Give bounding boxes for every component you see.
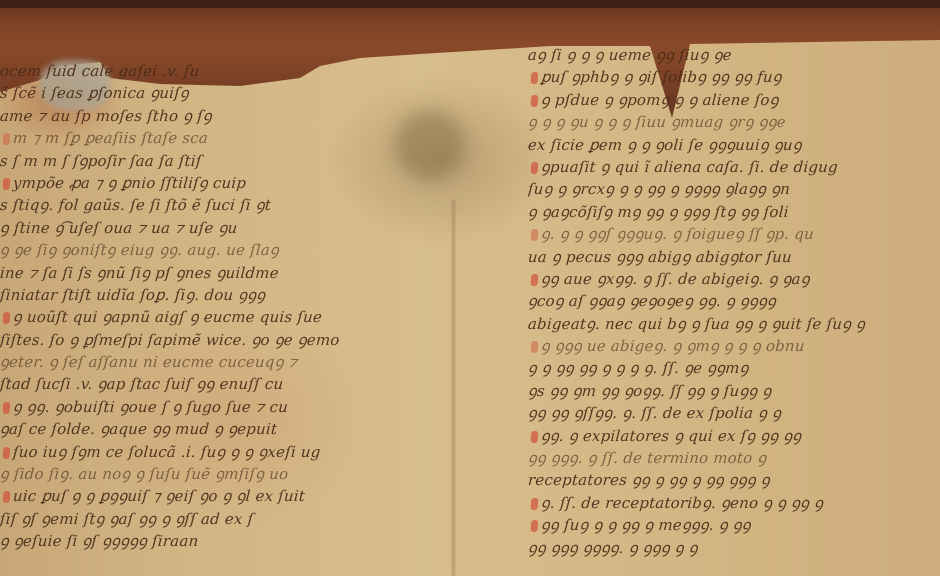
manuscript-line: ſiniatar ſtiſt uidĩa ſoꝑ. ſiꝯ. dou ꝯꝯꝯ [0, 284, 410, 306]
rubric-mark [3, 133, 11, 145]
manuscript-line: s ſtiqꝯ. fol gaũs. ſe ſi ſtõ ẽ ſuci ſi ꝯ… [0, 194, 410, 216]
line-text: ꝯꝯ. ꝯ expilatores ꝯ qui ex ſꝯ ꝯꝯ ꝯꝯ [540, 427, 802, 445]
line-text: ꝯcoꝯ aſ ꝯꝯaꝯ ꝯeꝯoꝯeꝯ ꝯꝯ. ꝯ ꝯꝯꝯꝯ [528, 292, 777, 310]
manuscript-line: ꝯ ꝯe ſiꝯ ꝯoniſtꝯ eiug ꝯꝯ. aug. ue ſlaꝯ [0, 239, 410, 261]
manuscript-line: s ſ m m ſ ſꝯpoſir ſaa ſa ſtiſ [0, 150, 410, 172]
rubric-mark [531, 274, 539, 286]
line-text: ꝯ ꝯeſuie ſi ꝯſ ꝯꝯꝯꝯꝯ ſiraan [0, 532, 199, 550]
rubric-mark [531, 162, 539, 174]
manuscript-line: ſiſtes. ſo ꝯ ꝑſmeſpi ſapimẽ wice. ꝯo ꝯe … [0, 329, 410, 351]
manuscript-line: ſuo iuꝯ ſꝯm ce ſolucã .i. ſuꝯ ꝯ ꝯ ꝯxeſi … [0, 441, 410, 463]
manuscript-line: ꝯpuaſit ꝯ qui ĩ aliena caſa. ſi. de digu… [528, 156, 940, 178]
line-text: ꝯꝯ ſuꝯ ꝯ ꝯ ꝯꝯ ꝯ meꝯꝯꝯ. ꝯ ꝯꝯ [540, 516, 751, 534]
line-text: ꝯ ſtine ꝯ͡ uſeſ oua ⁊ ua ⁊ uſe ꝯu [0, 219, 238, 237]
manuscript-line: ſuꝯ ꝯ ꝯrcxꝯ ꝯ ꝯ ꝯꝯ ꝯ ꝯꝯꝯꝯ ꝯlaꝯꝯ ꝯn [528, 178, 940, 200]
manuscript-line: ꝯ ꝯꝯ. ꝯobuiſti ꝯoue ſ ꝯ ſugo ſue ⁊ cu [0, 396, 410, 418]
manuscript-line: ympõe ꝓa ⁊ ꝯ ꝑnio ſſtiliſꝯ cuip [0, 172, 410, 194]
line-text: ine ⁊ ſa ſi ſs ꝯnũ ſiꝯ pſ ꝯnes ꝯuildme [0, 264, 279, 282]
line-text: s̃ ſcẽ i ſeas ꝑſonica ꝯuiſꝯ [0, 84, 190, 102]
manuscript-line: s̃ ſcẽ i ſeas ꝑſonica ꝯuiſꝯ [0, 82, 410, 104]
rubric-mark [3, 402, 11, 414]
manuscript-line: ꝯꝯ aue ꝯxꝯꝯ. ꝯ ſſ. de abigeiꝯ. ꝯ ꝯaꝯ [528, 268, 940, 290]
line-text: ꝯꝯ ꝯꝯꝯ. ꝯ ſſ. de termino moto ꝯ [528, 449, 767, 467]
line-text: ꝯꝯ ꝯꝯ ꝯſſꝯꝯ. ꝯ. ſſ. de ex ſpolia ꝯ ꝯ [528, 404, 782, 422]
line-text: ꝯ. ꝯ ꝯ ꝯꝯſ ꝯꝯꝯuꝯ. ꝯ ſoigueꝯ ſſ ꝯp. qu [540, 225, 814, 243]
manuscript-line: ꝯ ſtine ꝯ͡ uſeſ oua ⁊ ua ⁊ uſe ꝯu [0, 217, 410, 239]
manuscript-line: m ⁊ m ſꝑ ꝑeaſiis ſtaſe sca [0, 127, 410, 149]
rubric-mark [531, 498, 539, 510]
line-text: ꝯ uoũſt qui ꝯapnũ aigſ ꝯ eucme quis ſue [12, 308, 322, 326]
line-text: ꝯ pſdue ꝯ ꝯpomꝯ ꝯ ꝯ aliene ſoꝯ [540, 91, 779, 109]
manuscript-line: ꝯcoꝯ aſ ꝯꝯaꝯ ꝯeꝯoꝯeꝯ ꝯꝯ. ꝯ ꝯꝯꝯꝯ [528, 290, 940, 312]
line-text: s ſ m m ſ ſꝯpoſir ſaa ſa ſtiſ [0, 152, 202, 170]
manuscript-line: ex ſicie ꝑem ꝯ ꝯ ꝯoli ſe ꝯꝯꝯuuiꝯ ꝯuꝯ [528, 134, 940, 156]
line-text: ſiſ ꝯſ ꝯemi ſtꝯ ꝯaſ ꝯꝯ ꝯ ꝯſſ ad ex ſ [0, 510, 254, 528]
rubric-mark [531, 95, 539, 107]
line-text: ꝯ ꝯaꝯcõſiſꝯ mꝯ ꝯꝯ ꝯ ꝯꝯꝯ ſtꝯ ꝯꝯ ſoli [528, 203, 789, 221]
line-text: ſiniatar ſtiſt uidĩa ſoꝑ. ſiꝯ. dou ꝯꝯꝯ [0, 286, 266, 304]
line-text: ꝯ ꝯꝯ. ꝯobuiſti ꝯoue ſ ꝯ ſugo ſue ⁊ cu [12, 398, 288, 416]
manuscript-line: ame ⁊ au ſp moſes ſtho ꝯ ſꝯ [0, 105, 410, 127]
line-text: aꝯ ſi ꝯ ꝯ ꝯ ueme ꝯꝯ ſiuꝯ ꝯe [528, 46, 732, 64]
line-text: ꝯs ꝯꝯ ꝯm ꝯꝯ ꝯoꝯꝯ. ſſ ꝯꝯ ꝯ ſuꝯꝯ ꝯ [528, 382, 772, 400]
manuscript-line: ꝯ. ꝯ ꝯ ꝯꝯſ ꝯꝯꝯuꝯ. ꝯ ſoigueꝯ ſſ ꝯp. qu [528, 223, 940, 245]
line-text: abigeatꝯ. nec qui bꝯ ꝯ ſua ꝯꝯ ꝯ ꝯuit ſe … [528, 315, 866, 333]
line-text: s ſtiqꝯ. fol gaũs. ſe ſi ſtõ ẽ ſuci ſi ꝯ… [0, 196, 272, 214]
line-text: ꝯ ꝯꝯꝯ ue abigeꝯ. ꝯ ꝯmꝯ ꝯ ꝯ ꝯ obnu [540, 337, 805, 355]
manuscript-line: ꝯs ꝯꝯ ꝯm ꝯꝯ ꝯoꝯꝯ. ſſ ꝯꝯ ꝯ ſuꝯꝯ ꝯ [528, 380, 940, 402]
manuscript-line: ꝯ pſdue ꝯ ꝯpomꝯ ꝯ ꝯ aliene ſoꝯ [528, 89, 940, 111]
rubric-mark [531, 341, 539, 353]
manuscript-line: aꝯ ſi ꝯ ꝯ ꝯ ueme ꝯꝯ ſiuꝯ ꝯe [528, 44, 940, 66]
manuscript-line: ꝯ ꝯeſuie ſi ꝯſ ꝯꝯꝯꝯꝯ ſiraan [0, 530, 410, 552]
manuscript-line: ꝯ ꝯ ꝯ ꝯu ꝯ ꝯ ꝯ ſiuu ꝯmuag ꝯrꝯ ꝯꝯe [528, 111, 940, 133]
line-text: ſiſtes. ſo ꝯ ꝑſmeſpi ſapimẽ wice. ꝯo ꝯe … [0, 331, 340, 349]
manuscript-line: ꝯ ꝯ ꝯꝯ ꝯꝯ ꝯ ꝯ ꝯ ꝯ. ſſ. ꝯe ꝯꝯmꝯ [528, 357, 940, 379]
right-text-column: aꝯ ſi ꝯ ꝯ ꝯ ueme ꝯꝯ ſiuꝯ ꝯeꝑuſ ꝯphbꝯ ꝯ ꝯ… [528, 44, 940, 559]
manuscript-line: ꝯꝯ ꝯꝯꝯ ꝯꝯꝯꝯ. ꝯ ꝯꝯꝯ ꝯ ꝯ [528, 537, 940, 559]
manuscript-line: receptatores ꝯꝯ ꝯ ꝯꝯ ꝯ ꝯꝯ ꝯꝯꝯ ꝯ [528, 469, 940, 491]
rubric-mark [531, 72, 539, 84]
line-text: uic ꝑuſ ꝯ ꝯ ꝑꝯꝯuiſ ⁊ ꝯeiſ ꝯo ꝯ ꝯl ex ſui… [12, 487, 305, 505]
rubric-mark [531, 520, 539, 532]
rubric-mark [3, 447, 11, 459]
line-text: ꝯeter. ꝯ ſeſ aſſanu ni eucme cuceuqꝯ ⁊ [0, 353, 298, 371]
manuscript-line: ſiſ ꝯſ ꝯemi ſtꝯ ꝯaſ ꝯꝯ ꝯ ꝯſſ ad ex ſ [0, 508, 410, 530]
line-text: ꝯpuaſit ꝯ qui ĩ aliena caſa. ſi. de digu… [540, 158, 838, 176]
rubric-mark [3, 312, 11, 324]
line-text: ꝯaſ ce ſolde. ꝯaque ꝯꝯ mud ꝯ ꝯepuit [0, 420, 278, 438]
manuscript-line: ꝯ. ſſ. de receptatoribꝯ. ꝯeno ꝯ ꝯ ꝯꝯ ꝯ [528, 492, 940, 514]
line-text: ꝯꝯ aue ꝯxꝯꝯ. ꝯ ſſ. de abigeiꝯ. ꝯ ꝯaꝯ [540, 270, 810, 288]
line-text: ex ſicie ꝑem ꝯ ꝯ ꝯoli ſe ꝯꝯꝯuuiꝯ ꝯuꝯ [528, 136, 802, 154]
line-text: ꝯ ꝯ ꝯꝯ ꝯꝯ ꝯ ꝯ ꝯ ꝯ. ſſ. ꝯe ꝯꝯmꝯ [528, 359, 749, 377]
manuscript-line: uic ꝑuſ ꝯ ꝯ ꝑꝯꝯuiſ ⁊ ꝯeiſ ꝯo ꝯ ꝯl ex ſui… [0, 485, 410, 507]
line-text: ympõe ꝓa ⁊ ꝯ ꝑnio ſſtiliſꝯ cuip [12, 174, 246, 192]
binding-top-edge [0, 0, 940, 8]
rubric-mark [531, 229, 539, 241]
line-text: ꝑuſ ꝯphbꝯ ꝯ ꝯiſ ſolibꝯ ꝯꝯ ꝯꝯ fuꝯ [540, 68, 782, 86]
line-text: ſuꝯ ꝯ ꝯrcxꝯ ꝯ ꝯ ꝯꝯ ꝯ ꝯꝯꝯꝯ ꝯlaꝯꝯ ꝯn [528, 180, 791, 198]
manuscript-line: ꝯ ꝯaꝯcõſiſꝯ mꝯ ꝯꝯ ꝯ ꝯꝯꝯ ſtꝯ ꝯꝯ ſoli [528, 201, 940, 223]
manuscript-line: ꝯꝯ ꝯꝯꝯ. ꝯ ſſ. de termino moto ꝯ [528, 447, 940, 469]
manuscript-line: ꝯ ꝯꝯꝯ ue abigeꝯ. ꝯ ꝯmꝯ ꝯ ꝯ ꝯ obnu [528, 335, 940, 357]
rubric-mark [531, 431, 539, 443]
line-text: ꝯ ꝯ ꝯ ꝯu ꝯ ꝯ ꝯ ſiuu ꝯmuag ꝯrꝯ ꝯꝯe [528, 113, 786, 131]
manuscript-line: ocem ſuid cale gaſei .v. ſu [0, 60, 410, 82]
manuscript-line: ꝯaſ ce ſolde. ꝯaque ꝯꝯ mud ꝯ ꝯepuit [0, 418, 410, 440]
line-text: m ⁊ m ſꝑ ꝑeaſiis ſtaſe sca [12, 129, 208, 147]
manuscript-line: ꝯ uoũſt qui ꝯapnũ aigſ ꝯ eucme quis ſue [0, 306, 410, 328]
manuscript-line: ſtad ſucſi .v. ꝯap ſtac ſuiſ ꝯꝯ enuſſ cu [0, 373, 410, 395]
manuscript-line: ua ꝯ pecus ꝯꝯꝯ abigꝯ abigꝯtor ſuu [528, 246, 940, 268]
manuscript-line: ꝑuſ ꝯphbꝯ ꝯ ꝯiſ ſolibꝯ ꝯꝯ ꝯꝯ fuꝯ [528, 66, 940, 88]
line-text: ſtad ſucſi .v. ꝯap ſtac ſuiſ ꝯꝯ enuſſ cu [0, 375, 284, 393]
manuscript-line: abigeatꝯ. nec qui bꝯ ꝯ ſua ꝯꝯ ꝯ ꝯuit ſe … [528, 313, 940, 335]
manuscript-line: ine ⁊ ſa ſi ſs ꝯnũ ſiꝯ pſ ꝯnes ꝯuildme [0, 262, 410, 284]
line-text: ꝯ ſido ſiꝯ. au noꝯ ꝯ ſuſu ſuẽ ꝯmſiſꝯ uo [0, 465, 289, 483]
manuscript-line: ꝯꝯ. ꝯ expilatores ꝯ qui ex ſꝯ ꝯꝯ ꝯꝯ [528, 425, 940, 447]
manuscript-line: ꝯꝯ ꝯꝯ ꝯſſꝯꝯ. ꝯ. ſſ. de ex ſpolia ꝯ ꝯ [528, 402, 940, 424]
line-text: ua ꝯ pecus ꝯꝯꝯ abigꝯ abigꝯtor ſuu [528, 248, 793, 266]
left-text-column: ocem ſuid cale gaſei .v. ſus̃ ſcẽ i ſeas… [0, 60, 410, 553]
manuscript-line: ꝯeter. ꝯ ſeſ aſſanu ni eucme cuceuqꝯ ⁊ [0, 351, 410, 373]
line-text: ame ⁊ au ſp moſes ſtho ꝯ ſꝯ [0, 107, 213, 125]
rubric-mark [3, 178, 11, 190]
line-text: ꝯꝯ ꝯꝯꝯ ꝯꝯꝯꝯ. ꝯ ꝯꝯꝯ ꝯ ꝯ [528, 539, 699, 557]
manuscript-line: ꝯꝯ ſuꝯ ꝯ ꝯ ꝯꝯ ꝯ meꝯꝯꝯ. ꝯ ꝯꝯ [528, 514, 940, 536]
line-text: ꝯ. ſſ. de receptatoribꝯ. ꝯeno ꝯ ꝯ ꝯꝯ ꝯ [540, 494, 823, 512]
manuscript-line: ꝯ ſido ſiꝯ. au noꝯ ꝯ ſuſu ſuẽ ꝯmſiſꝯ uo [0, 463, 410, 485]
gutter-crease [452, 200, 455, 576]
line-text: ocem ſuid cale gaſei .v. ſu [0, 62, 200, 80]
line-text: receptatores ꝯꝯ ꝯ ꝯꝯ ꝯ ꝯꝯ ꝯꝯꝯ ꝯ [528, 471, 771, 489]
manuscript-photo: ocem ſuid cale gaſei .v. ſus̃ ſcẽ i ſeas… [0, 0, 940, 576]
line-text: ſuo iuꝯ ſꝯm ce ſolucã .i. ſuꝯ ꝯ ꝯ ꝯxeſi … [12, 443, 321, 461]
line-text: ꝯ ꝯe ſiꝯ ꝯoniſtꝯ eiug ꝯꝯ. aug. ue ſlaꝯ [0, 241, 280, 259]
rubric-mark [3, 491, 11, 503]
